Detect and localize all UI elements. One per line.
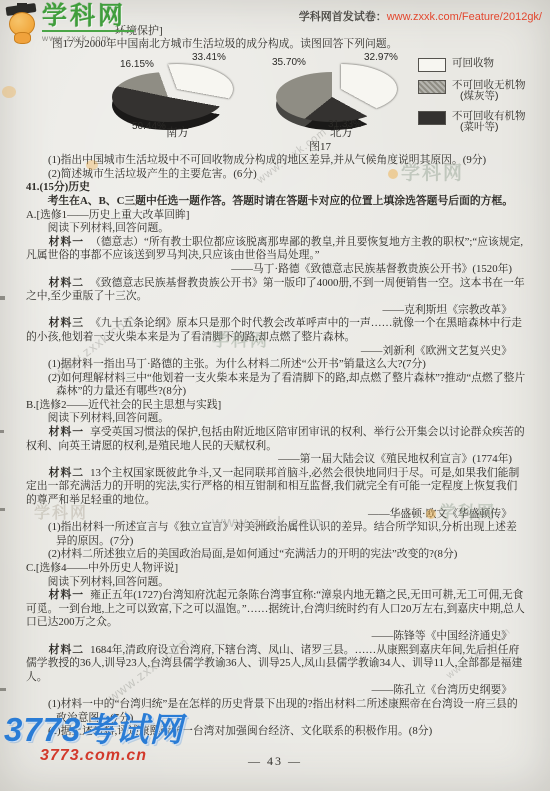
material-paragraph: 材料二13个主权国家既彼此争斗,又一起同联邦首脑斗,必然会很快地同归于尽。可是,… xyxy=(26,467,526,508)
pie-chart-south: 16.15% 33.41% 50.44% 南方 xyxy=(100,54,260,140)
material-source: ——马丁·路德《致德意志民族基督教贵族公开书》(1520年) xyxy=(26,263,526,277)
material-paragraph: 材料一（德意志）“所有教士职位都应该脱离那卑鄙的教皇,并且要恢复地方主教的职权”… xyxy=(26,236,526,263)
slice-label: 35.70% xyxy=(272,56,306,70)
legend-sublabel: (菜叶等) xyxy=(452,122,526,134)
material-text: 《致德意志民族基督教贵族公开书》第一版印了4000册,不到一周便销售一空。这本书… xyxy=(26,277,525,303)
pie-chart-north: 35.70% 32.97% 31.33% 北方 xyxy=(264,54,424,140)
scanned-exam-page: 学科网 www.zxxk.com 学科网首发试卷：www.zxxk.com/Fe… xyxy=(0,0,550,791)
section-a-question-2: (2)如何理解材料三中“他划着一支火柴本来是为了看清脚下的路,却点燃了整片森林”… xyxy=(26,372,526,399)
material-text: 雍正五年(1727)台湾知府沈起元条陈台湾事宜称:“漳泉内地无籍之民,无田可耕,… xyxy=(26,589,525,628)
section-b-heading: B.[选修2——近代社会的民主思想与实践] xyxy=(26,399,526,413)
legend-sublabel: (煤灰等) xyxy=(452,91,526,103)
material-text: 《九十五条论纲》原本只是那个时代教会改革呼声中的一声……就像一个在黑暗森林中行走… xyxy=(26,317,522,343)
brand-url: www.zxxk.com xyxy=(42,30,134,43)
section-a-question-1: (1)据材料一指出马丁·路德的主张。为什么材料二所述“公开书”销量这么大?(7分… xyxy=(26,358,526,372)
legend-item: 可回收物 xyxy=(418,58,528,72)
material-paragraph: 材料一享受英国习惯法的保护,包括由附近地区陪审团审讯的权利、举行公开集会以讨论群… xyxy=(26,426,526,453)
material-label: 材料二 xyxy=(49,467,84,479)
material-text: （德意志）“所有教士职位都应该脱离那卑鄙的教皇,并且要恢复地方主教的职权”;“应… xyxy=(26,236,523,262)
slice-label: 50.44% xyxy=(132,120,166,134)
chart-legend: 可回收物 不可回收无机物 (煤灰等) 不可回收有机物 (菜叶等) xyxy=(418,58,528,142)
legend-swatch-organic xyxy=(418,111,446,125)
material-source: ——刘新利《欧洲文艺复兴史》 xyxy=(26,345,526,359)
exam-body: 图17为2000年中国南北方城市生活垃圾的成分构成。读图回答下列问题。 16.1… xyxy=(26,38,526,739)
section-b-question-2: (2)材料二所述独立后的美国政治局面,是如何通过“充满活力的开明的宪法”改变的?… xyxy=(26,548,526,562)
material-text: 1684年,清政府设立台湾府,下辖台湾、凤山、诸罗三县。……从康熙到嘉庆年间,先… xyxy=(26,644,522,683)
site-url: 3773.com.cn xyxy=(40,747,183,765)
mascot-body xyxy=(14,32,31,44)
zxxk-logo: 学科网 www.zxxk.com xyxy=(6,3,134,43)
brand-name: 学科网 xyxy=(42,2,126,30)
read-note: 阅读下列材料,回答问题。 xyxy=(26,576,526,590)
scan-smudge xyxy=(0,688,6,691)
scan-blob xyxy=(2,86,16,98)
exploded-slice xyxy=(121,64,233,114)
scan-smudge xyxy=(0,508,5,511)
scan-smudge xyxy=(0,430,4,433)
material-paragraph: 材料二《致德意志民族基督教贵族公开书》第一版印了4000册,不到一周便销售一空。… xyxy=(26,277,526,304)
material-source: ——第一届大陆会议《殖民地权利宣言》(1774年) xyxy=(26,453,526,467)
pie-title: 南方 xyxy=(166,127,189,141)
legend-swatch-inorganic xyxy=(418,80,446,94)
pie-chart-figure: 16.15% 33.41% 50.44% 南方 35.70% 32.97% 31… xyxy=(26,54,526,140)
section-b-question-1: (1)指出材料一所述宣言与《独立宣言》对美洲政治属性认识的差异。结合所学知识,分… xyxy=(26,521,526,548)
material-text: 13个主权国家既彼此争斗,又一起同联邦首脑斗,必然会很快地同归于尽。可是,如果我… xyxy=(26,467,519,506)
material-source: ——华盛顿·欧文《华盛顿传》 xyxy=(26,508,526,522)
material-source: ——克利斯坦《宗教改革》 xyxy=(26,304,526,318)
legend-item: 不可回收有机物 (菜叶等) xyxy=(418,111,528,134)
material-label: 材料三 xyxy=(49,317,84,329)
legend-item: 不可回收无机物 (煤灰等) xyxy=(418,80,528,103)
geo-question-1: (1)指出中国城市生活垃圾中不可回收物成分构成的地区差异,并从气候角度说明其原因… xyxy=(26,154,526,168)
legend-label: 可回收物 xyxy=(452,58,494,70)
material-paragraph: 材料二1684年,清政府设立台湾府,下辖台湾、凤山、诸罗三县。……从康熙到嘉庆年… xyxy=(26,644,526,685)
read-note: 阅读下列材料,回答问题。 xyxy=(26,412,526,426)
scan-smudge xyxy=(0,296,5,300)
material-paragraph: 材料一雍正五年(1727)台湾知府沈起元条陈台湾事宜称:“漳泉内地无籍之民,无田… xyxy=(26,589,526,630)
material-text: 享受英国习惯法的保护,包括由附近地区陪审团审讯的权利、举行公开集会以讨论群众疾苦… xyxy=(26,426,525,452)
slice-label: 33.41% xyxy=(192,51,226,65)
exploded-slice xyxy=(285,64,397,114)
slice-label: 32.97% xyxy=(364,51,398,65)
material-label: 材料一 xyxy=(49,236,84,248)
legend-swatch-recyclable xyxy=(418,58,446,72)
site-name: 3773考试网 xyxy=(4,713,183,747)
material-label: 材料二 xyxy=(49,644,84,656)
material-source: ——陈孔立《台湾历史纲要》 xyxy=(26,684,526,698)
geo-question-2: (2)简述城市生活垃圾产生的主要危害。(6分) xyxy=(26,168,526,182)
read-note: 阅读下列材料,回答问题。 xyxy=(26,222,526,236)
pie-title: 北方 xyxy=(330,127,353,141)
site-3773-logo: 3773考试网 3773.com.cn xyxy=(4,713,183,765)
question-41-heading: 41.(15分)历史 xyxy=(26,181,526,195)
release-banner: 学科网首发试卷：www.zxxk.com/Feature/2012gk/ xyxy=(299,8,542,24)
answer-instruction: 考生在A、B、C三题中任选一题作答。答题时请在答题卡对应的位置上填涂选答题号后面… xyxy=(26,195,526,209)
graduation-cap-top xyxy=(17,3,27,9)
figure-caption: 图17 xyxy=(26,141,526,155)
material-label: 材料二 xyxy=(49,277,84,289)
mascot-icon xyxy=(6,3,40,43)
material-source: ——陈锋等《中国经济通史》 xyxy=(26,630,526,644)
section-c-heading: C.[选修4——中外历史人物评说] xyxy=(26,562,526,576)
material-label: 材料一 xyxy=(49,426,84,438)
section-a-heading: A.[选修1——历史上重大改革回眸] xyxy=(26,209,526,223)
material-label: 材料一 xyxy=(49,589,84,601)
material-paragraph: 材料三《九十五条论纲》原本只是那个时代教会改革呼声中的一声……就像一个在黑暗森林… xyxy=(26,317,526,344)
release-label: 学科网首发试卷： xyxy=(299,11,387,23)
release-url: www.zxxk.com/Feature/2012gk/ xyxy=(387,11,542,23)
